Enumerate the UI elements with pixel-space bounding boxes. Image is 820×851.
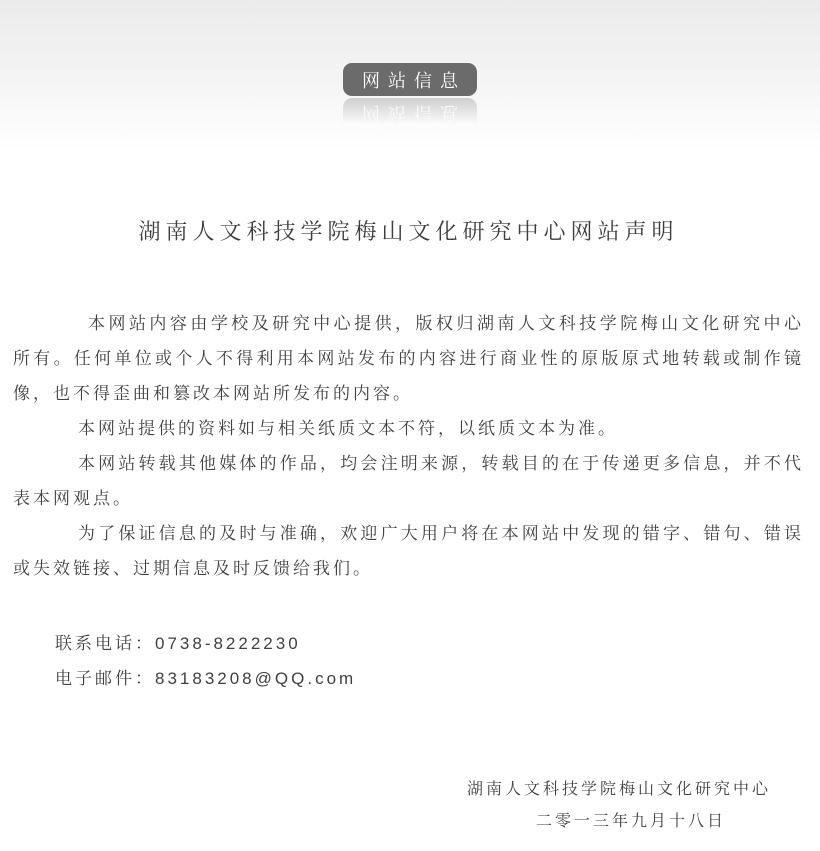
page: 网站信息 网站信息 湖南人文科技学院梅山文化研究中心网站声明 本网站内容由学校及… [0,0,820,838]
contact-phone-value: 0738-8222230 [155,634,301,653]
contact-phone-line: 联系电话：0738-8222230 [13,626,804,661]
contact-email-value: 83183208@QQ.com [155,669,356,688]
contact-phone-label: 联系电话： [55,634,155,653]
statement-paragraph-1: 本网站内容由学校及研究中心提供，版权归湖南人文科技学院梅山文化研究中心所有。任何… [13,306,804,411]
site-info-tab-reflection: 网站信息 [343,98,477,131]
contact-email-line: 电子邮件：83183208@QQ.com [13,661,804,696]
statement-content: 湖南人文科技学院梅山文化研究中心网站声明 本网站内容由学校及研究中心提供，版权归… [0,217,820,838]
statement-paragraph-3: 本网站转载其他媒体的作品，均会注明来源，转载目的在于传递更多信息，并不代表本网观… [13,446,804,516]
statement-title: 湖南人文科技学院梅山文化研究中心网站声明 [13,217,804,246]
signature-date: 二零一三年九月十八日 [13,806,771,838]
tab-container: 网站信息 网站信息 [343,0,477,131]
site-info-tab[interactable]: 网站信息 [343,63,477,96]
signature-block: 湖南人文科技学院梅山文化研究中心 二零一三年九月十八日 [13,774,804,838]
statement-paragraph-2: 本网站提供的资料如与相关纸质文本不符，以纸质文本为准。 [13,411,804,446]
site-info-tab-reflection-label: 网站信息 [362,102,466,128]
signature-organization: 湖南人文科技学院梅山文化研究中心 [13,774,771,806]
statement-paragraph-4: 为了保证信息的及时与准确，欢迎广大用户将在本网站中发现的错字、错句、错误或失效链… [13,516,804,586]
contact-info: 联系电话：0738-8222230 电子邮件：83183208@QQ.com [13,626,804,696]
page-header: 网站信息 网站信息 [0,0,820,150]
site-info-tab-label: 网站信息 [362,67,466,93]
contact-email-label: 电子邮件： [55,669,155,688]
